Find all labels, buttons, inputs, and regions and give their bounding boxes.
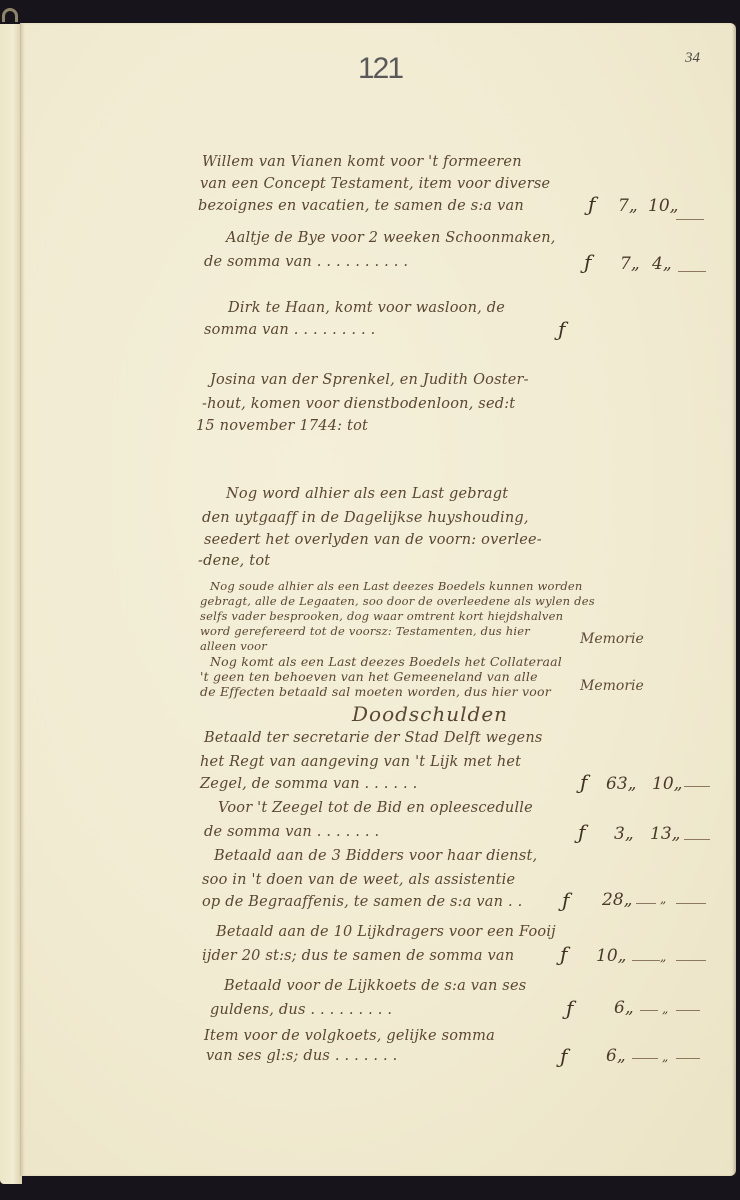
section-heading-doodschulden: Doodschulden <box>352 702 508 726</box>
manuscript-scan: 121 34 Willem van Vianen komt voor 't fo… <box>0 0 740 1200</box>
entry-line: gebragt, alle de Legaaten, soo door de o… <box>200 594 595 610</box>
florin-sign: ƒ <box>578 820 585 844</box>
debt-line: Item voor de volgkoets, gelijke somma <box>204 1026 495 1046</box>
debt-line: Voor 't Zeegel tot de Bid en opleescedul… <box>218 798 533 818</box>
ledger-rule <box>676 903 706 904</box>
amount-guilders: 10„ <box>596 946 626 966</box>
ledger-rule <box>676 219 704 220</box>
debt-line: Zegel, de somma van . . . . . . <box>200 774 417 794</box>
debt-line: ijder 20 st:s; dus te samen de somma van <box>202 946 514 966</box>
florin-sign: ƒ <box>558 317 565 341</box>
entry-line: den uytgaaff in de Dagelijkse huyshoudin… <box>202 508 529 528</box>
florin-sign: ƒ <box>566 996 573 1020</box>
debt-line: soo in 't doen van de weet, als assisten… <box>202 870 515 890</box>
debt-line: op de Begraaffenis, te samen de s:a van … <box>202 892 522 912</box>
amount-guilders: 7„ <box>620 254 640 274</box>
entry-line: Josina van der Sprenkel, en Judith Ooste… <box>210 370 529 390</box>
ledger-rule <box>636 903 656 904</box>
ledger-rule <box>632 960 660 961</box>
ledger-rule <box>676 1010 700 1011</box>
entry-line: Nog soude alhier als een Last deezes Boe… <box>210 579 583 595</box>
florin-sign: ƒ <box>560 942 567 966</box>
amount-stuivers: „ <box>660 892 666 906</box>
entry-line: 't geen ten behoeven van het Gemeeneland… <box>200 669 538 685</box>
amount-stuivers: 4„ <box>652 254 672 274</box>
previous-page-edge <box>0 24 22 1184</box>
entry-line: selfs vader besprooken, dog waar omtrent… <box>200 609 563 625</box>
amount-guilders: 63„ <box>606 774 636 794</box>
debt-line: Betaald ter secretarie der Stad Delft we… <box>204 728 543 748</box>
florin-sign: ƒ <box>560 1044 567 1068</box>
ledger-rule <box>632 1058 658 1059</box>
amount-stuivers: 10„ <box>648 196 678 216</box>
entry-line: Willem van Vianen komt voor 't formeeren <box>202 152 522 172</box>
ledger-rule <box>640 1010 658 1011</box>
amount-guilders: 7„ <box>618 196 638 216</box>
entry-line: van een Concept Testament, item voor div… <box>200 174 550 194</box>
entry-line: Dirk te Haan, komt voor wasloon, de <box>228 298 505 318</box>
entry-line: Nog komt als een Last deezes Boedels het… <box>210 654 562 670</box>
amount-guilders: 28„ <box>602 890 632 910</box>
entry-line: Aaltje de Bye voor 2 weeken Schoonmaken, <box>226 228 556 248</box>
debt-line: het Regt van aangeving van 't Lijk met h… <box>200 752 521 772</box>
entry-line: bezoignes en vacatien, te samen de s:a v… <box>198 196 524 216</box>
ledger-rule <box>678 271 706 272</box>
amount-guilders: 3„ <box>614 824 634 844</box>
memorie-note: Memorie <box>580 678 644 694</box>
amount-stuivers: 13„ <box>650 824 680 844</box>
ledger-rule <box>676 960 706 961</box>
debt-line: Betaald aan de 10 Lijkdragers voor een F… <box>216 922 556 942</box>
amount-stuivers: 10„ <box>652 774 682 794</box>
entry-line: -dene, tot <box>198 551 270 571</box>
ledger-rule <box>676 1058 700 1059</box>
ledger-rule <box>684 839 710 840</box>
debt-line: Betaald voor de Lijkkoets de s:a van ses <box>224 976 526 996</box>
debt-line: guldens, dus . . . . . . . . . <box>210 1000 392 1020</box>
page-number: 34 <box>685 50 700 67</box>
amount-stuivers: „ <box>662 1050 668 1064</box>
memorie-note: Memorie <box>580 631 644 647</box>
debt-line: de somma van . . . . . . . <box>204 822 379 842</box>
entry-line: de somma van . . . . . . . . . . <box>204 252 408 272</box>
entry-line: seedert het overlyden van de voorn: over… <box>204 530 542 550</box>
entry-line: word gerefereerd tot de voorsz: Testamen… <box>200 624 530 640</box>
entry-line: de Effecten betaald sal moeten worden, d… <box>200 684 551 700</box>
debt-line: van ses gl:s; dus . . . . . . . <box>206 1046 397 1066</box>
amount-stuivers: „ <box>662 1002 668 1016</box>
florin-sign: ƒ <box>580 770 587 794</box>
ledger-rule <box>684 786 710 787</box>
florin-sign: ƒ <box>584 250 591 274</box>
binding-thread <box>2 8 18 22</box>
amount-guilders: 6„ <box>614 998 634 1018</box>
florin-sign: ƒ <box>562 888 569 912</box>
entry-line: alleen voor <box>200 639 267 655</box>
pencil-folio-number: 121 <box>358 52 402 86</box>
amount-guilders: 6„ <box>606 1046 626 1066</box>
entry-line: somma van . . . . . . . . . <box>204 320 375 340</box>
entry-line: 15 november 1744: tot <box>196 416 368 436</box>
entry-line: -hout, komen voor dienstbodenloon, sed:t <box>202 394 515 414</box>
florin-sign: ƒ <box>588 192 595 216</box>
entry-line: Nog word alhier als een Last gebragt <box>226 484 508 504</box>
debt-line: Betaald aan de 3 Bidders voor haar diens… <box>214 846 537 866</box>
amount-stuivers: „ <box>660 950 666 964</box>
